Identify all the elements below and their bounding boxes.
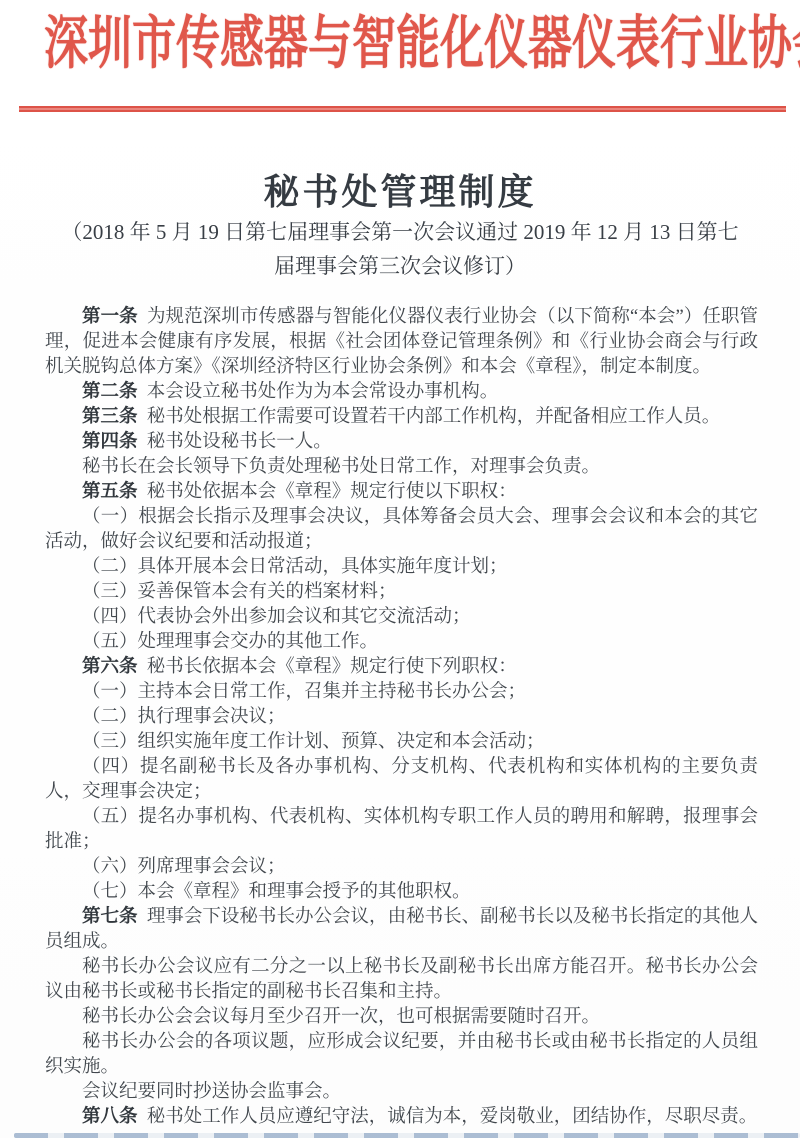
document-body: 第一条为规范深圳市传感器与智能化仪器仪表行业协会（以下简称“本会”）任职管理，促… [45, 305, 758, 1130]
body-paragraph: 第七条理事会下设秘书长办公会议，由秘书长、副秘书长以及秘书长指定的其他人员组成。 [45, 905, 758, 955]
body-paragraph: （一）主持本会日常工作，召集并主持秘书长办公会； [45, 680, 758, 705]
article-number-label: 第三条 [82, 407, 138, 427]
paragraph-text: （三）组织实施年度工作计划、预算、决定和本会活动； [82, 732, 545, 752]
body-paragraph: （三）妥善保管本会有关的档案材料； [45, 580, 758, 605]
paragraph-text: 秘书长办公会议应有二分之一以上秘书长及副秘书长出席方能召开。秘书长办公会议由秘书… [45, 957, 758, 1002]
body-paragraph: （七）本会《章程》和理事会授予的其他职权。 [45, 880, 758, 905]
body-paragraph: （二）执行理事会决议； [45, 705, 758, 730]
document-subtitle: （2018 年 5 月 19 日第七届理事会第一次会议通过 2019 年 12 … [34, 215, 766, 283]
paragraph-text: （一）主持本会日常工作，召集并主持秘书长办公会； [82, 682, 526, 702]
body-paragraph: 第二条本会设立秘书处作为为本会常设办事机构。 [45, 380, 758, 405]
body-paragraph: 秘书长办公会会议每月至少召开一次，也可根据需要随时召开。 [45, 1005, 758, 1030]
subtitle-line-1: （2018 年 5 月 19 日第七届理事会第一次会议通过 2019 年 12 … [34, 215, 766, 249]
article-number-label: 第四条 [82, 432, 138, 452]
body-paragraph: 秘书长办公会的各项议题，应形成会议纪要，并由秘书长或由秘书长指定的人员组织实施。 [45, 1030, 758, 1080]
body-paragraph: （四）提名副秘书长及各办事机构、分支机构、代表机构和实体机构的主要负责人，交理事… [45, 755, 758, 805]
body-paragraph: （六）列席理事会会议； [45, 855, 758, 880]
paragraph-text: 秘书处根据工作需要可设置若干内部工作机构，并配备相应工作人员。 [147, 407, 721, 427]
paragraph-text: （六）列席理事会会议； [82, 857, 286, 877]
paragraph-text: 秘书处依据本会《章程》规定行使以下职权： [147, 482, 517, 502]
body-paragraph: 会议纪要同时抄送协会监事会。 [45, 1080, 758, 1105]
paragraph-text: （一）根据会长指示及理事会决议，具体筹备会员大会、理事会会议和本会的其它活动，做… [45, 507, 758, 552]
body-paragraph: 第六条秘书长依据本会《章程》规定行使下列职权： [45, 655, 758, 680]
article-number-label: 第六条 [82, 657, 138, 677]
paragraph-text: （二）执行理事会决议； [82, 707, 286, 727]
article-number-label: 第五条 [82, 482, 138, 502]
paragraph-text: （七）本会《章程》和理事会授予的其他职权。 [82, 882, 471, 902]
paragraph-text: 秘书长办公会会议每月至少召开一次，也可根据需要随时召开。 [82, 1007, 600, 1027]
body-paragraph: 第五条秘书处依据本会《章程》规定行使以下职权： [45, 480, 758, 505]
paragraph-text: 理事会下设秘书长办公会议，由秘书长、副秘书长以及秘书长指定的其他人员组成。 [45, 907, 758, 952]
paragraph-text: 秘书长办公会的各项议题，应形成会议纪要，并由秘书长或由秘书长指定的人员组织实施。 [45, 1032, 758, 1077]
article-number-label: 第一条 [82, 307, 138, 327]
article-number-label: 第二条 [82, 382, 138, 402]
body-paragraph: 秘书长办公会议应有二分之一以上秘书长及副秘书长出席方能召开。秘书长办公会议由秘书… [45, 955, 758, 1005]
body-paragraph: （三）组织实施年度工作计划、预算、决定和本会活动； [45, 730, 758, 755]
article-number-label: 第八条 [82, 1107, 138, 1127]
scanner-edge-artifact [14, 1133, 800, 1138]
paragraph-text: 秘书处工作人员应遵纪守法，诚信为本，爱岗敬业，团结协作，尽职尽责。 [147, 1107, 758, 1127]
body-paragraph: （一）根据会长指示及理事会决议，具体筹备会员大会、理事会会议和本会的其它活动，做… [45, 505, 758, 555]
paragraph-text: （四）提名副秘书长及各办事机构、分支机构、代表机构和实体机构的主要负责人，交理事… [45, 757, 758, 802]
scanned-document-page: 深圳市传感器与智能化仪器仪表行业协会 秘书处管理制度 （2018 年 5 月 1… [0, 0, 800, 1138]
paragraph-text: 秘书处设秘书长一人。 [147, 432, 332, 452]
body-paragraph: 秘书长在会长领导下负责处理秘书处日常工作，对理事会负责。 [45, 455, 758, 480]
letterhead-org-name: 深圳市传感器与智能化仪器仪表行业协会 [44, 8, 760, 80]
body-paragraph: （四）代表协会外出参加会议和其它交流活动； [45, 605, 758, 630]
paragraph-text: （五）处理理事会交办的其他工作。 [82, 632, 378, 652]
body-paragraph: 第一条为规范深圳市传感器与智能化仪器仪表行业协会（以下简称“本会”）任职管理，促… [45, 305, 758, 380]
body-paragraph: （五）提名办事机构、代表机构、实体机构专职工作人员的聘用和解聘，报理事会批准； [45, 805, 758, 855]
subtitle-line-2: 届理事会第三次会议修订） [34, 249, 766, 283]
body-paragraph: 第三条秘书处根据工作需要可设置若干内部工作机构，并配备相应工作人员。 [45, 405, 758, 430]
body-paragraph: 第四条秘书处设秘书长一人。 [45, 430, 758, 455]
paragraph-text: （三）妥善保管本会有关的档案材料； [82, 582, 397, 602]
body-paragraph: （二）具体开展本会日常活动，具体实施年度计划； [45, 555, 758, 580]
article-number-label: 第七条 [82, 907, 138, 927]
body-paragraph: 第八条秘书处工作人员应遵纪守法，诚信为本，爱岗敬业，团结协作，尽职尽责。 [45, 1105, 758, 1130]
paragraph-text: （二）具体开展本会日常活动，具体实施年度计划； [82, 557, 508, 577]
letterhead-double-rule [19, 106, 786, 112]
paragraph-text: 秘书长依据本会《章程》规定行使下列职权： [147, 657, 517, 677]
paragraph-text: 为规范深圳市传感器与智能化仪器仪表行业协会（以下简称“本会”）任职管理，促进本会… [45, 307, 758, 377]
paragraph-text: 会议纪要同时抄送协会监事会。 [82, 1082, 341, 1102]
paragraph-text: 秘书长在会长领导下负责处理秘书处日常工作，对理事会负责。 [82, 457, 600, 477]
paragraph-text: 本会设立秘书处作为为本会常设办事机构。 [147, 382, 499, 402]
body-paragraph: （五）处理理事会交办的其他工作。 [45, 630, 758, 655]
document-title: 秘书处管理制度 [0, 164, 800, 215]
paragraph-text: （五）提名办事机构、代表机构、实体机构专职工作人员的聘用和解聘，报理事会批准； [45, 807, 758, 852]
paragraph-text: （四）代表协会外出参加会议和其它交流活动； [82, 607, 471, 627]
